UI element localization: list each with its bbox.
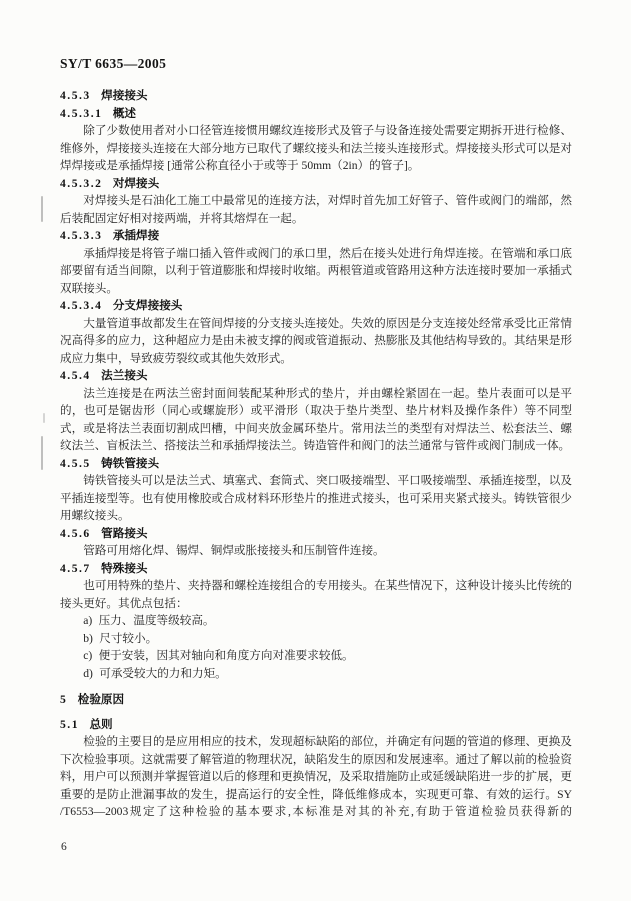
- list-item: d)可承受较大的力和力矩。: [60, 665, 572, 683]
- heading-number: 4.5.3.2: [60, 177, 102, 190]
- heading-number: 4.5.3.1: [60, 107, 102, 120]
- heading-4.5.7: 4.5.7特殊接头: [60, 560, 572, 578]
- heading-title: 特殊接头: [101, 562, 147, 575]
- heading-5: 5检验原因: [60, 691, 572, 709]
- list-item: b)尺寸较小。: [60, 630, 572, 648]
- heading-4.5.3: 4.5.3焊接接头: [60, 87, 572, 105]
- paragraph: 检验的主要目的是应用相应的技术，发现超标缺陷的部位，并确定有问题的管道的修理、更…: [60, 733, 572, 821]
- heading-title: 铸铁管接头: [101, 457, 159, 470]
- doc-code: SY/T 6635—2005: [60, 56, 166, 72]
- document-body: 4.5.3焊接接头4.5.3.1概述除了少数使用者对小口径管连接惯用螺纹连接形式…: [60, 87, 572, 821]
- list-item-label: a): [83, 614, 92, 627]
- heading-number: 4.5.3: [60, 89, 91, 102]
- heading-4.5.6: 4.5.6管路接头: [60, 525, 572, 543]
- heading-title: 分支焊接接头: [113, 299, 183, 312]
- list-item-text: 可承受较大的力和力矩。: [99, 667, 227, 680]
- scan-artifact: [43, 413, 45, 423]
- heading-4.5.5: 4.5.5铸铁管接头: [60, 455, 572, 473]
- heading-title: 总则: [89, 718, 112, 731]
- heading-title: 检验原因: [78, 693, 124, 706]
- list-item-label: c): [83, 649, 92, 662]
- heading-title: 对焊接头: [113, 177, 159, 190]
- page-number: 6: [61, 841, 67, 853]
- heading-4.5.3.2: 4.5.3.2对焊接头: [60, 175, 572, 193]
- list-item-text: 尺寸较小。: [99, 632, 157, 645]
- paragraph: 管路可用熔化焊、锡焊、铜焊或胀接接头和压制管件连接。: [60, 542, 572, 560]
- list-item: c)便于安装，因其对轴向和角度方向对准要求较低。: [60, 647, 572, 665]
- list-item-text: 压力、温度等级较高。: [99, 614, 215, 627]
- heading-title: 承插焊接: [113, 229, 159, 242]
- paragraph: 也可用特殊的垫片、夹持器和螺栓连接组合的专用接头。在某些情况下，这种设计接头比传…: [60, 577, 572, 612]
- heading-number: 4.5.7: [60, 562, 91, 575]
- heading-4.5.3.3: 4.5.3.3承插焊接: [60, 227, 572, 245]
- heading-4.5.4: 4.5.4法兰接头: [60, 367, 572, 385]
- heading-title: 管路接头: [101, 527, 147, 540]
- list-item: a)压力、温度等级较高。: [60, 612, 572, 630]
- list-item-text: 便于安装，因其对轴向和角度方向对准要求较低。: [99, 649, 354, 662]
- heading-number: 5: [60, 693, 67, 706]
- scan-artifact: [41, 436, 43, 470]
- paragraph: 除了少数使用者对小口径管连接惯用螺纹连接形式及管子与设备连接处需要定期拆开进行检…: [60, 122, 572, 175]
- paragraph: 铸铁管接头可以是法兰式、填塞式、套筒式、突口吸接端型、平口吸接端型、承插连接型，…: [60, 472, 572, 525]
- paragraph: 法兰连接是在两法兰密封面间装配某种形式的垫片，并由螺栓紧固在一起。垫片表面可以是…: [60, 385, 572, 455]
- heading-number: 4.5.5: [60, 457, 91, 470]
- paragraph: 对焊接头是石油化工施工中最常见的连接方法，对焊时首先加工好管子、管件或阀门的端部…: [60, 192, 572, 227]
- scan-artifact: [41, 196, 43, 222]
- heading-number: 4.5.6: [60, 527, 91, 540]
- heading-4.5.3.4: 4.5.3.4分支焊接接头: [60, 297, 572, 315]
- heading-number: 4.5.4: [60, 369, 91, 382]
- heading-title: 概述: [113, 107, 136, 120]
- heading-4.5.3.1: 4.5.3.1概述: [60, 105, 572, 123]
- document-page: SY/T 6635—2005 4.5.3焊接接头4.5.3.1概述除了少数使用者…: [0, 0, 631, 901]
- heading-title: 焊接接头: [101, 89, 147, 102]
- paragraph: 承插焊接是将管子端口插入管件或阀门的承口里，然后在接头处进行角焊连接。在管端和承…: [60, 245, 572, 298]
- list-item-label: b): [83, 632, 93, 645]
- heading-5.1: 5.1总则: [60, 716, 572, 734]
- heading-number: 4.5.3.3: [60, 229, 102, 242]
- heading-number: 5.1: [60, 718, 79, 731]
- heading-title: 法兰接头: [101, 369, 147, 382]
- heading-number: 4.5.3.4: [60, 299, 102, 312]
- list-item-label: d): [83, 667, 93, 680]
- paragraph: 大量管道事故都发生在管间焊接的分支接头连接处。失效的原因是分支连接处经常承受比正…: [60, 315, 572, 368]
